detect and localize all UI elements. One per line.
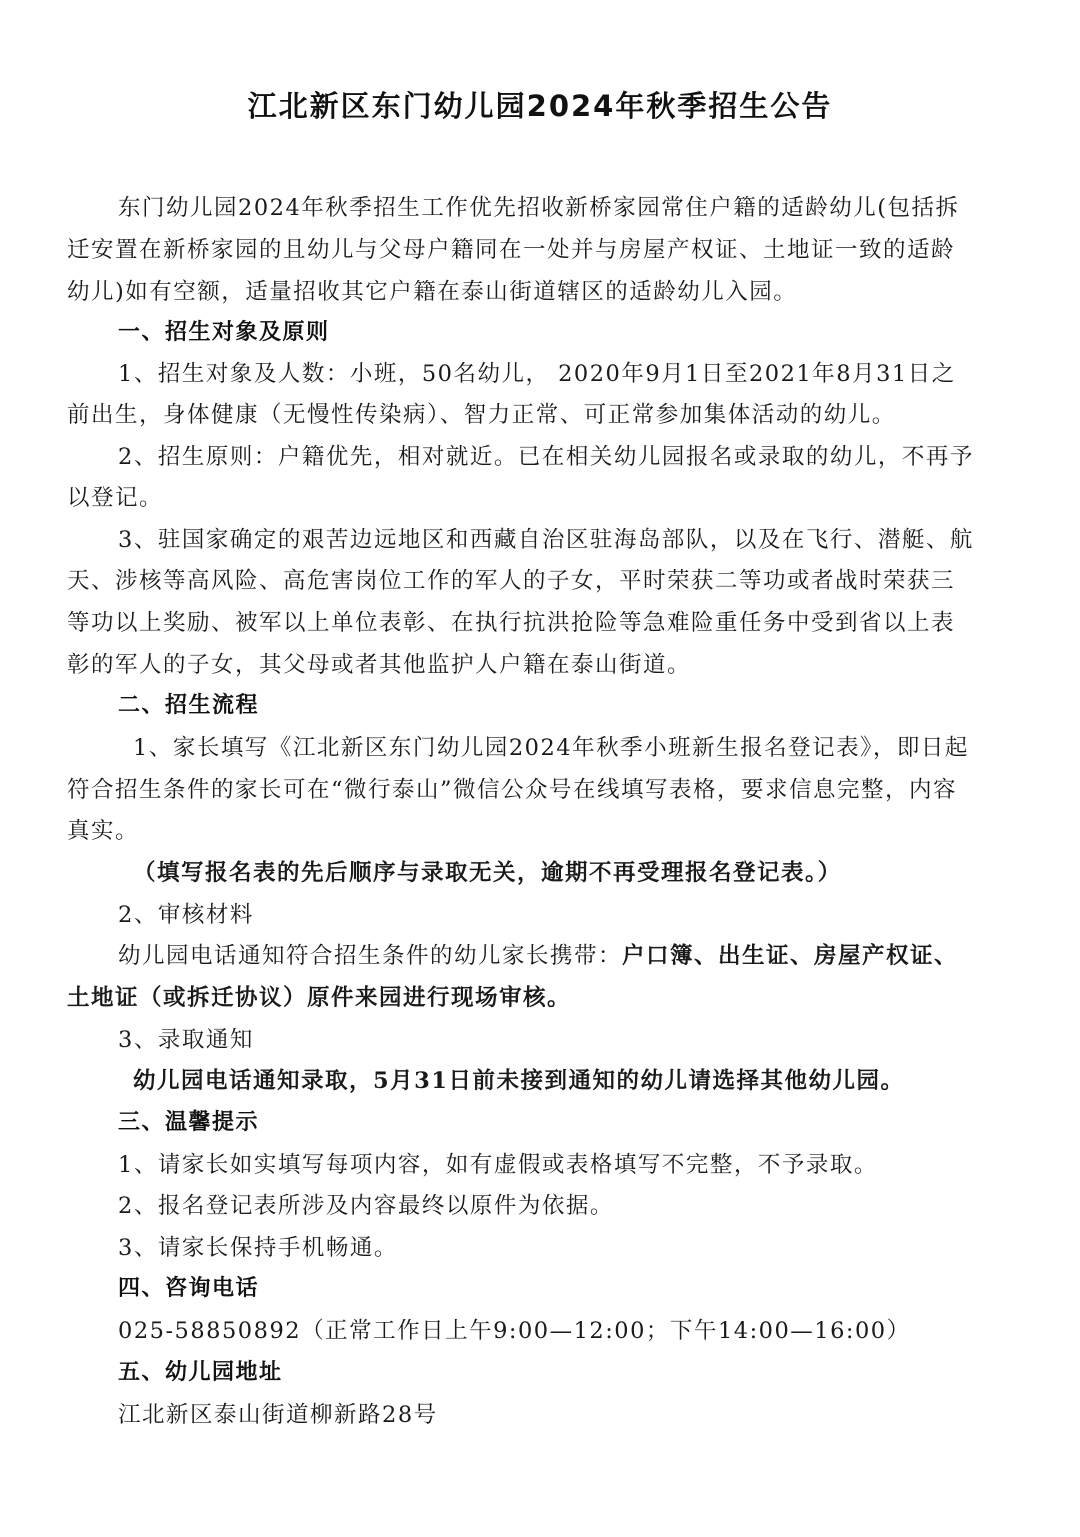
section-heading: 五、幼儿园地址 (118, 1358, 283, 1388)
address-line: 江北新区泰山街道柳新路28号 (118, 1400, 438, 1430)
section-heading: 三、温馨提示 (118, 1108, 259, 1138)
document-title: 江北新区东门幼儿园2024年秋季招生公告 (0, 84, 1080, 125)
paragraph-line: 1、招生对象及人数：小班，50名幼儿， 2020年9月1日至2021年8月31日… (118, 359, 956, 389)
paragraph-line: 彰的军人的子女，其父母或者其他监护人户籍在泰山街道。 (67, 650, 691, 680)
section-heading: 二、招生流程 (118, 691, 259, 721)
materials-intro: 幼儿园电话通知符合招生条件的幼儿家长携带： (118, 943, 622, 969)
tip-line: 2、报名登记表所涉及内容最终以原件为依据。 (118, 1191, 614, 1221)
intro-line: 东门幼儿园2024年秋季招生工作优先招收新桥家园常住户籍的适龄幼儿(包括拆 (118, 193, 960, 223)
paragraph-line: 2、招生原则：户籍优先，相对就近。已在相关幼儿园报名或录取的幼儿，不再予 (118, 442, 974, 472)
tip-line: 3、请家长保持手机畅通。 (118, 1233, 398, 1263)
paragraph-line: 1、家长填写《江北新区东门幼儿园2024年秋季小班新生报名登记表》，即日起 (133, 733, 969, 763)
paragraph-line: 幼儿园电话通知符合招生条件的幼儿家长携带：户口簿、出生证、房屋产权证、 (118, 941, 958, 971)
paragraph-line: 天、涉核等高风险、高危害岗位工作的军人的子女，平时荣获二等功或者战时荣获三 (67, 566, 955, 596)
document-page: 江北新区东门幼儿园2024年秋季招生公告 东门幼儿园2024年秋季招生工作优先招… (0, 0, 1080, 1537)
subheading: 3、录取通知 (118, 1025, 254, 1055)
phone-line: 025-58850892（正常工作日上午9:00—12:00；下午14:00—1… (118, 1316, 911, 1346)
section-heading: 一、招生对象及原则 (118, 318, 330, 348)
tip-line: 1、请家长如实填写每项内容，如有虚假或表格填写不完整，不予录取。 (118, 1150, 878, 1180)
note-line: （填写报名表的先后顺序与录取无关，逾期不再受理报名登记表。） (133, 858, 842, 888)
materials-list: 户口簿、出生证、房屋产权证、 (622, 943, 958, 969)
subheading: 2、审核材料 (118, 900, 254, 930)
paragraph-line: 3、驻国家确定的艰苦边远地区和西藏自治区驻海岛部队，以及在飞行、潜艇、航 (118, 525, 974, 555)
paragraph-line: 真实。 (67, 816, 139, 846)
paragraph-line: 符合招生条件的家长可在“微行泰山”微信公众号在线填写表格，要求信息完整，内容 (67, 775, 957, 805)
paragraph-line: 等功以上奖励、被军以上单位表彰、在执行抗洪抢险等急难险重任务中受到省以上表 (67, 608, 955, 638)
paragraph-line: 土地证（或拆迁协议）原件来园进行现场审核。 (67, 983, 571, 1013)
paragraph-line: 前出生，身体健康（无慢性传染病）、智力正常、可正常参加集体活动的幼儿。 (67, 400, 896, 430)
paragraph-line: 幼儿园电话通知录取，5月31日前未接到通知的幼儿请选择其他幼儿园。 (133, 1066, 904, 1096)
section-heading: 四、咨询电话 (118, 1274, 259, 1304)
intro-line: 迁安置在新桥家园的且幼儿与父母户籍同在一处并与房屋产权证、土地证一致的适龄 (67, 235, 955, 265)
paragraph-line: 以登记。 (67, 483, 163, 513)
intro-line: 幼儿)如有空额，适量招收其它户籍在泰山街道辖区的适龄幼儿入园。 (67, 277, 797, 307)
